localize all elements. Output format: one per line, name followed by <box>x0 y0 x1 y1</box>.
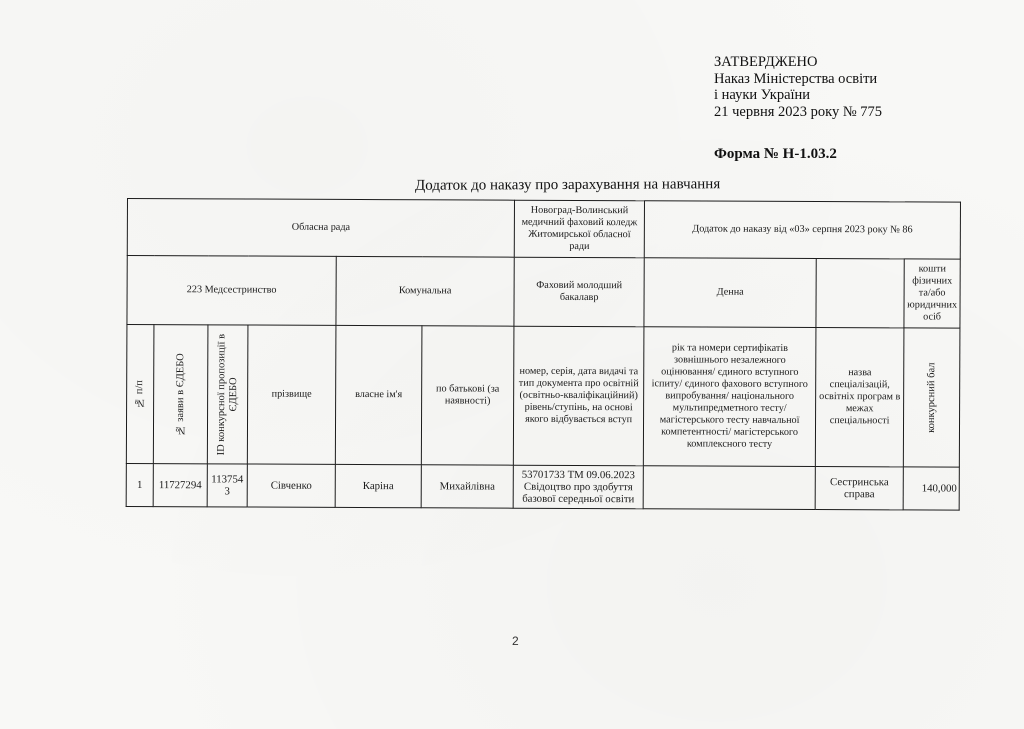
header-row-1: Обласна рада Новоград-Волинський медични… <box>127 199 960 260</box>
col-header-application-text: № заяви в ЄДЕБО <box>174 353 186 435</box>
document-title: Додаток до наказу про зарахування на нав… <box>415 176 720 195</box>
col-header-num-text: № п/п <box>134 380 146 408</box>
col-header-num: № п/п <box>126 325 154 464</box>
cell-application-no: 11727294 <box>153 464 207 507</box>
cell-score: 140,000 <box>903 467 959 510</box>
cell-offer-id: 1137543 <box>207 464 247 507</box>
col-header-specialization: назва спеціалізацій, освітніх програм в … <box>815 328 904 467</box>
approval-line: 21 червня 2023 року № 775 <box>714 104 882 121</box>
degree-cell: Фаховий молодший бакалавр <box>514 257 644 327</box>
approval-line: ЗАТВЕРДЖЕНО <box>714 54 882 71</box>
enrollment-table: Обласна рада Новоград-Волинський медични… <box>126 198 961 511</box>
cell-first-name: Каріна <box>335 464 421 507</box>
col-header-surname: прізвище <box>247 325 336 464</box>
approval-stamp: ЗАТВЕРДЖЕНО Наказ Міністерства освіти і … <box>714 54 882 120</box>
form-number: Форма № Н-1.03.2 <box>714 146 837 163</box>
col-header-document: номер, серія, дата видачі та тип докумен… <box>513 326 644 466</box>
cell-certificates <box>643 466 815 510</box>
page-number: 2 <box>512 634 519 648</box>
col-header-certificates: рік та номери сертифікатів зовнішнього н… <box>643 327 816 467</box>
funding-cell: кошти фізичних та/або юридичних осіб <box>904 259 960 328</box>
study-form-cell: Денна <box>644 258 816 328</box>
cell-specialization: Сестринська справа <box>815 467 903 510</box>
col-header-first-name: власне ім'я <box>335 325 422 464</box>
column-header-row: № п/п № заяви в ЄДЕБО ID конкурсної проп… <box>126 325 960 468</box>
cell-document: 53701733 ТМ 09.06.2023 Свідоцтво про здо… <box>513 465 643 509</box>
col-header-offer-id: ID конкурсної пропозиції в ЄДЕБО <box>207 325 248 464</box>
col-header-score-text: конкурсний бал <box>926 362 938 432</box>
enrollment-table-wrapper: Обласна рада Новоград-Волинський медични… <box>126 198 960 511</box>
approval-line: Наказ Міністерства освіти <box>714 71 882 88</box>
specialty-cell: 223 Медсестринство <box>127 256 336 326</box>
approval-line: і науки України <box>714 87 882 104</box>
cell-surname: Сівченко <box>247 464 335 507</box>
table-row: 1 11727294 1137543 Сівченко Каріна Михай… <box>126 463 959 510</box>
cell-num: 1 <box>126 463 153 506</box>
region-cell: Обласна рада <box>127 199 514 258</box>
col-header-score: конкурсний бал <box>903 328 960 467</box>
ownership-cell: Комунальна <box>336 256 514 326</box>
cell-patronymic: Михайлівна <box>421 465 513 508</box>
col-header-patronymic: по батькові (за наявності) <box>421 326 514 465</box>
order-ref-cell: Додаток до наказу від «03» серпня 2023 р… <box>644 201 960 259</box>
header-row-2: 223 Медсестринство Комунальна Фаховий мо… <box>127 256 960 329</box>
col-header-offer-id-text: ID конкурсної пропозиції в ЄДЕБО <box>215 330 240 458</box>
col-header-application: № заяви в ЄДЕБО <box>153 325 208 464</box>
blank-cell <box>816 259 904 328</box>
institution-cell: Новоград-Волинський медичний фаховий кол… <box>514 200 644 258</box>
